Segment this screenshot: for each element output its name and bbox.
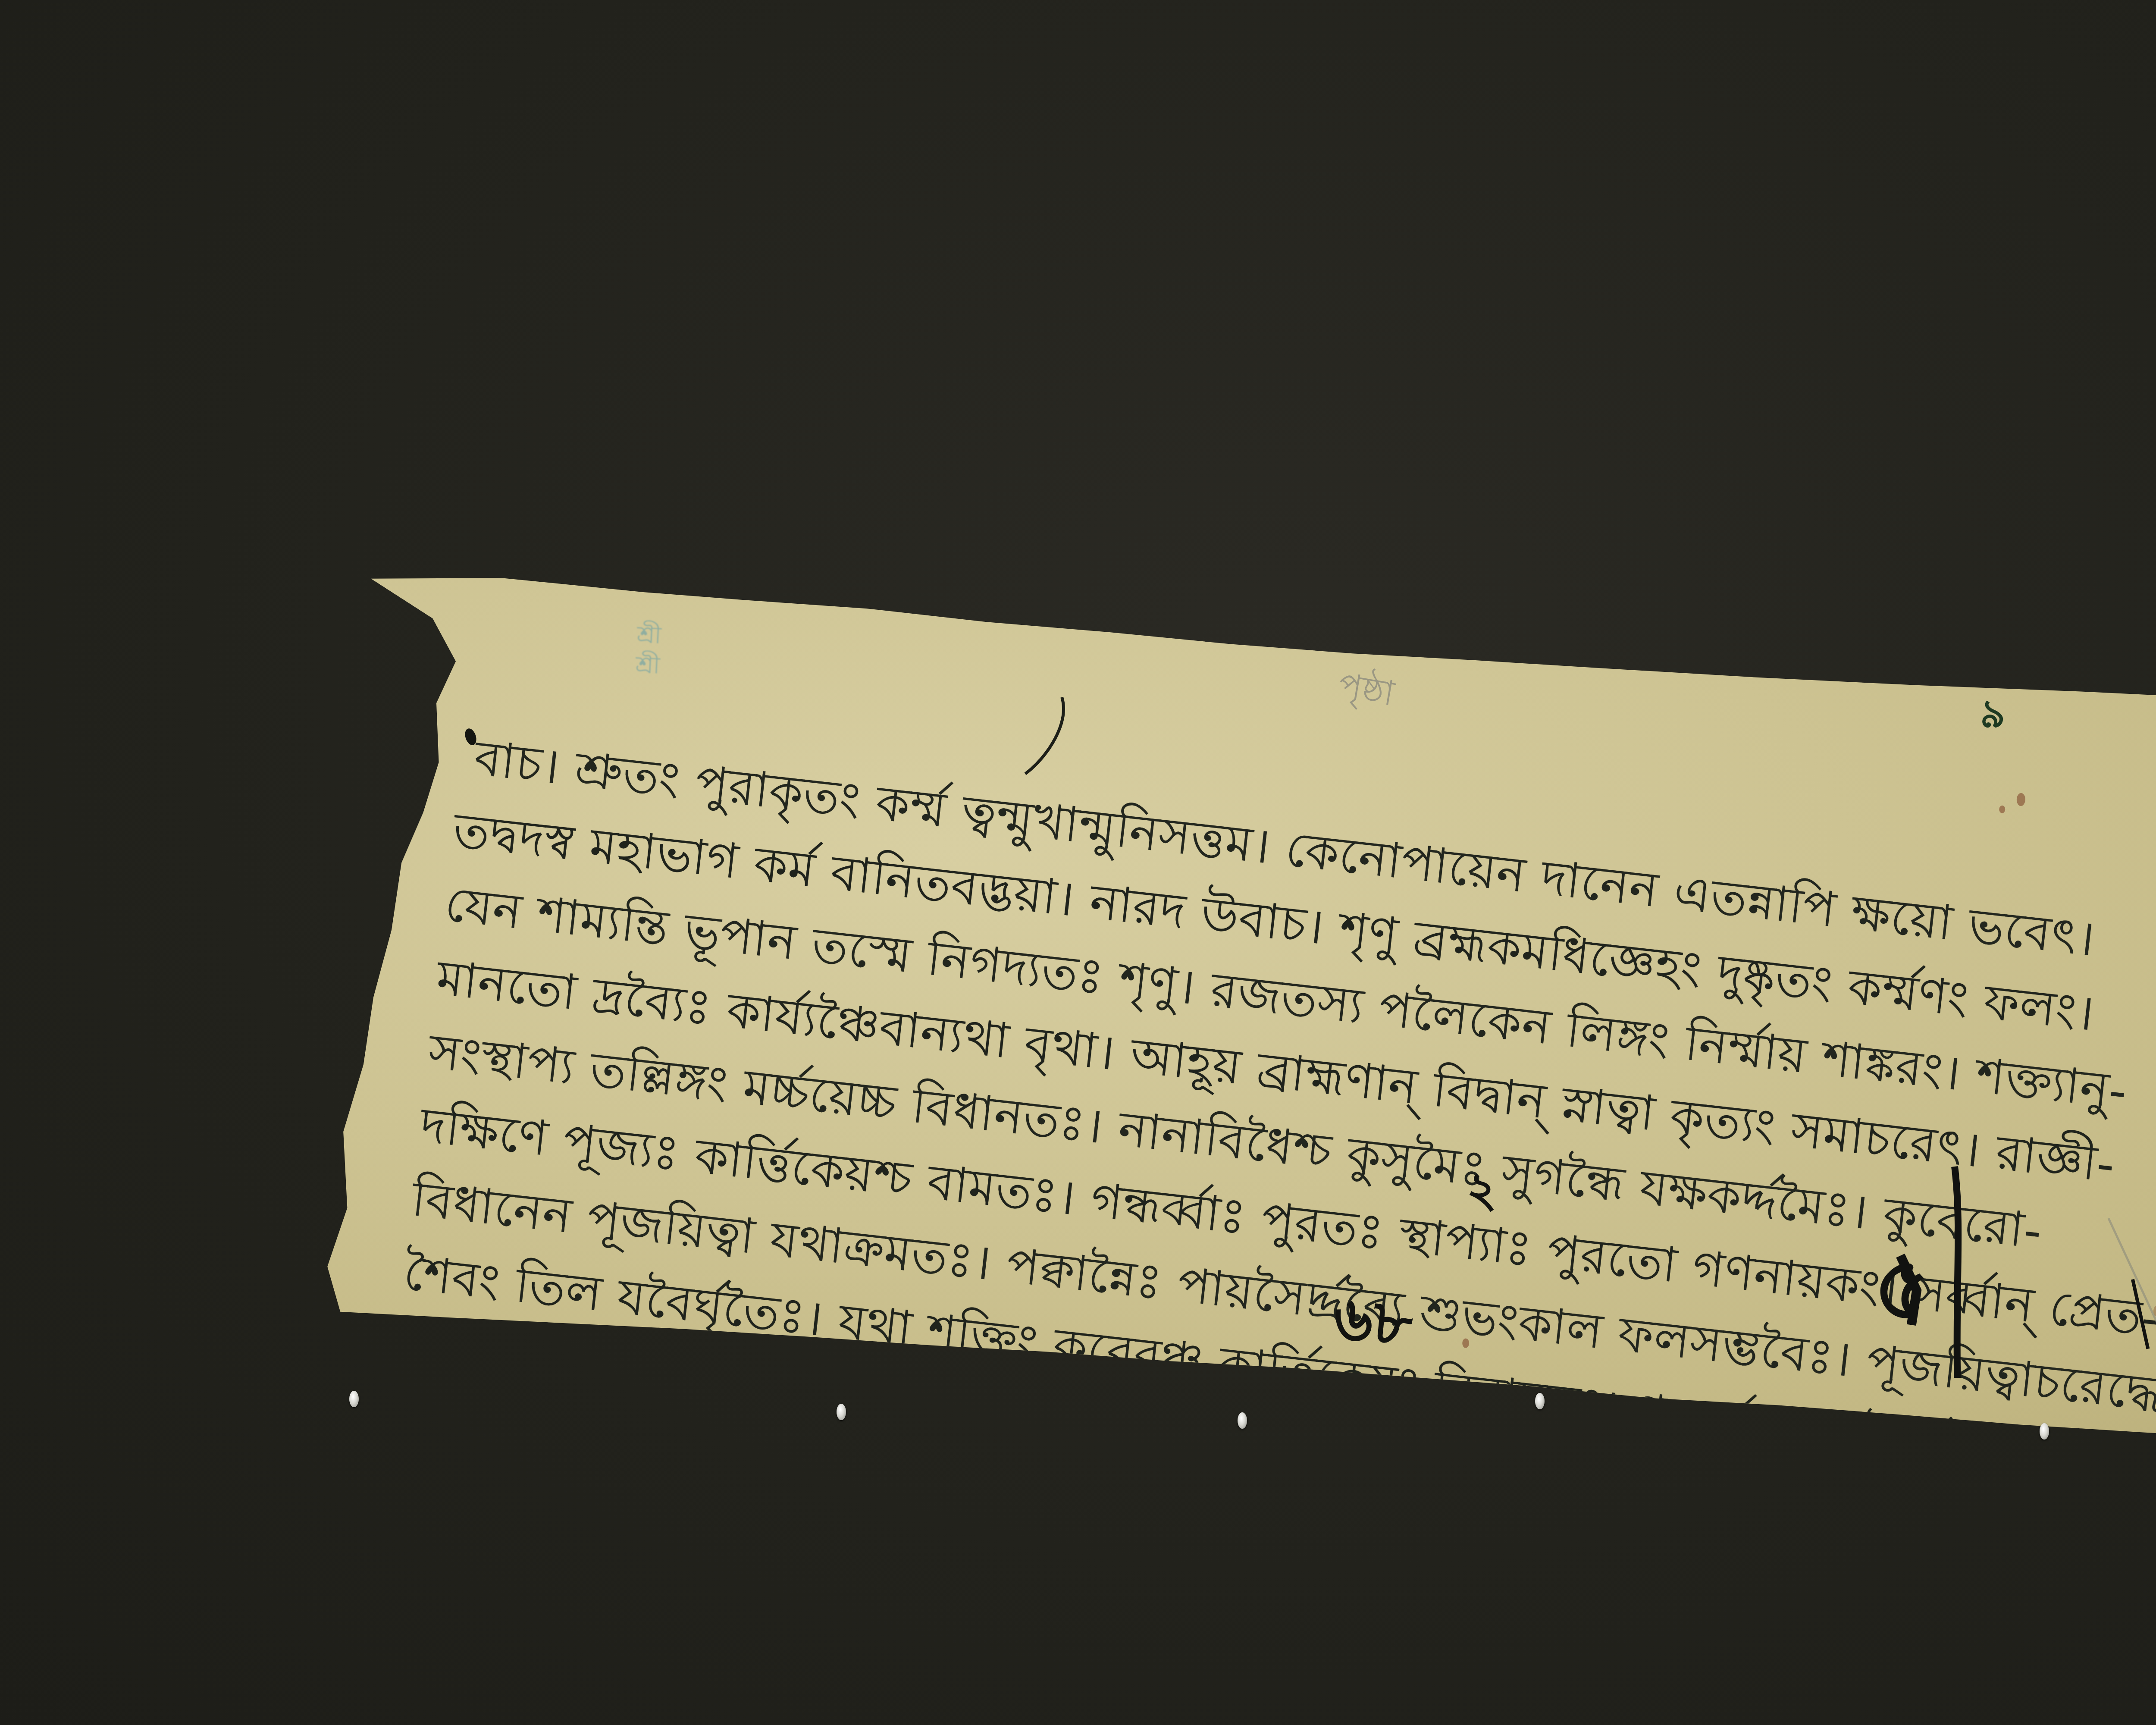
library-stamp: শ্রী শ্রী xyxy=(634,619,784,703)
marginal-mark: ২ xyxy=(1465,1153,1498,1233)
foxing-spot xyxy=(2016,793,2025,806)
pencil-annotation: পৃষ্ঠা xyxy=(1334,659,1398,725)
signature-mark: ৬৮ xyxy=(1329,1272,1416,1380)
mounting-pin xyxy=(349,1391,359,1407)
mounting-pin xyxy=(1238,1412,1247,1429)
folio-number: ৯ xyxy=(1979,684,2006,750)
manuscript-folio-container: শ্রী শ্রী পৃষ্ঠা ৯ বাচ। শ্রুতং পুরাকৃতং … xyxy=(317,574,2156,1475)
foxing-spot xyxy=(1999,806,2005,813)
mounting-pin xyxy=(1535,1393,1545,1409)
manuscript-folio: শ্রী শ্রী পৃষ্ঠা ৯ বাচ। শ্রুতং পুরাকৃতং … xyxy=(317,574,2156,1475)
mounting-pin xyxy=(2040,1423,2049,1440)
marginal-mark: ৫ xyxy=(1871,1220,1931,1366)
mounting-pin xyxy=(837,1404,846,1420)
